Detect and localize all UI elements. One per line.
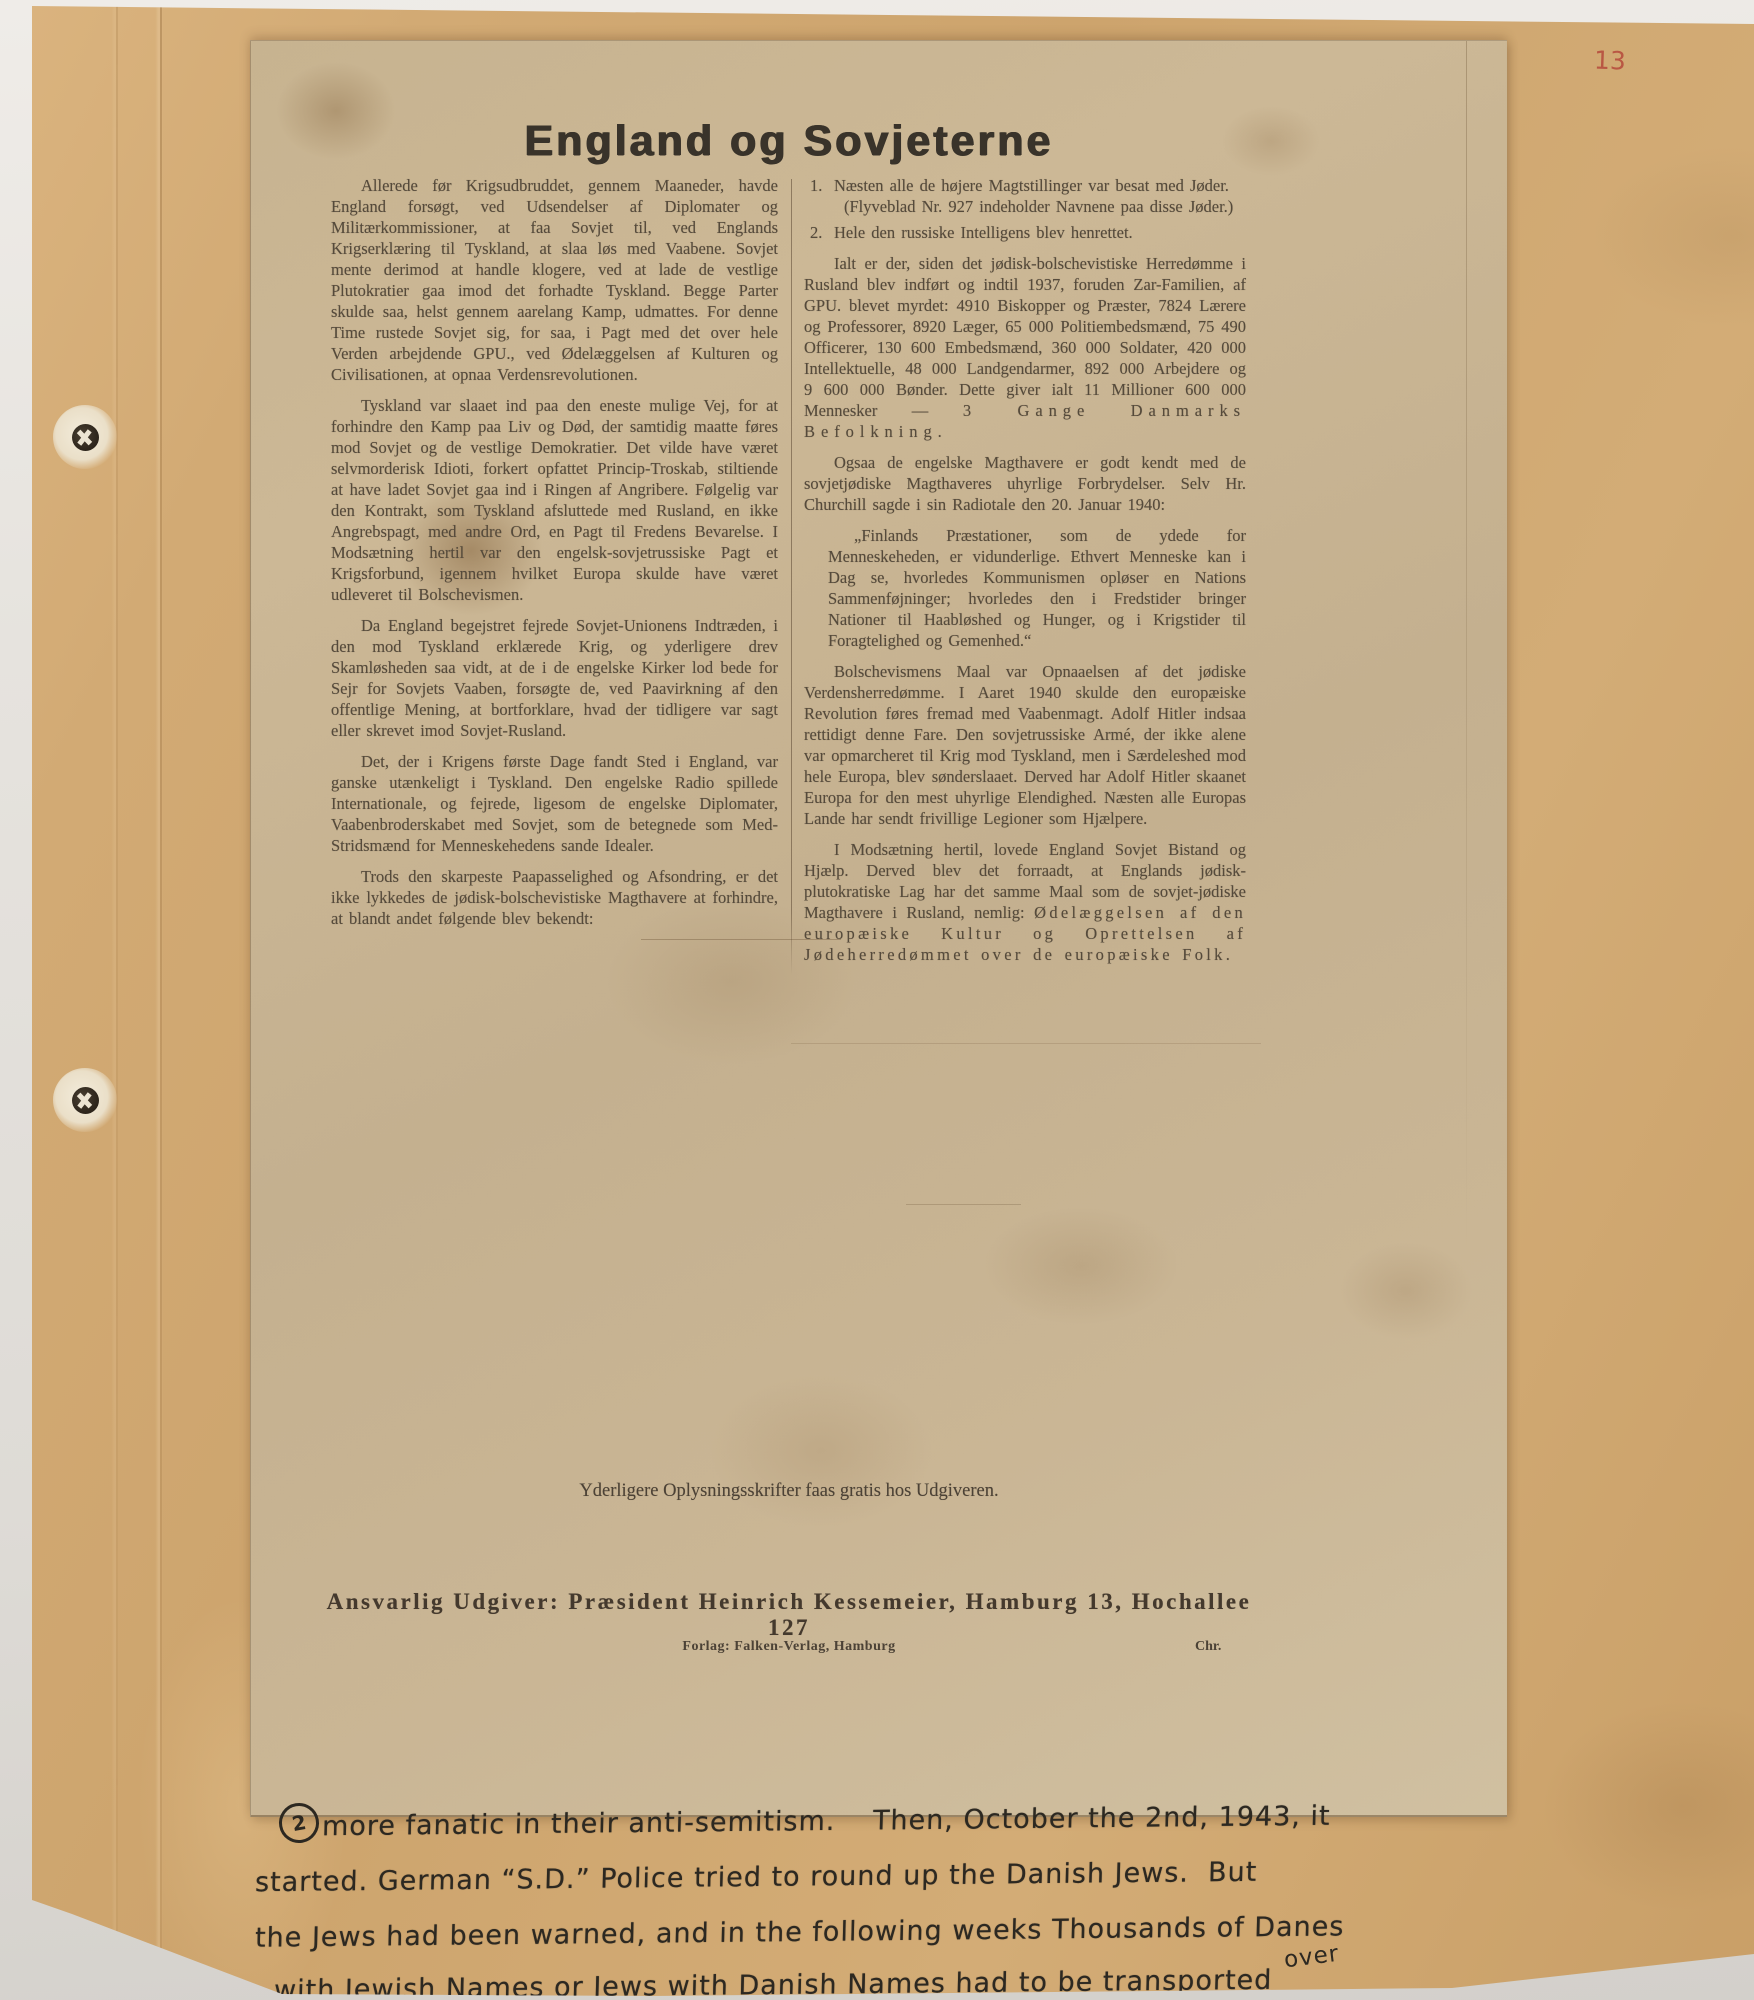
handwritten-line: with Jewish Names or Jews with Danish Na…: [274, 1965, 1273, 2000]
item-number: 1.: [810, 175, 822, 196]
crease-line: [791, 1043, 1261, 1044]
crease-line: [906, 1204, 1021, 1205]
item-note: (Flyveblad Nr. 927 indeholder Navnene pa…: [844, 196, 1246, 217]
paragraph: I Modsætning hertil, lovede England Sovj…: [804, 839, 1246, 965]
numbered-list: 1. Næsten alle de højere Magtstillinger …: [804, 175, 1246, 243]
item-text: Næsten alle de højere Magtstillinger var…: [834, 176, 1229, 195]
leaflet: England og Sovjeterne Allerede før Krigs…: [250, 40, 1507, 1817]
initials: Chr.: [1195, 1639, 1221, 1655]
punch-hole-bottom: [53, 1068, 117, 1132]
paragraph: Ialt er der, siden det jødisk-bolschevis…: [804, 253, 1246, 442]
handwritten-line: the Jews had been warned, and in the fol…: [255, 1911, 1345, 1953]
paragraph: Ogsaa de engelske Magthavere er godt ken…: [804, 452, 1246, 515]
paragraph: Det, der i Krigens første Dage fandt Ste…: [331, 751, 778, 856]
item-text: Hele den russiske Intelligens blev henre…: [834, 223, 1133, 242]
paragraph: Tyskland var slaaet ind paa den eneste m…: [331, 395, 778, 605]
churchill-quote: „Finlands Præstationer, som de ydede for…: [804, 525, 1246, 651]
album-page: 13 England og Sovjeterne Allerede før Kr…: [32, 6, 1754, 2000]
list-item: 1. Næsten alle de højere Magtstillinger …: [804, 175, 1246, 217]
punch-hole-top: [53, 405, 117, 469]
left-column: Allerede før Krigsudbruddet, gennem Maan…: [331, 175, 778, 975]
fold-line: [160, 6, 162, 2000]
paragraph: Bolschevismens Maal var Opnaaelsen af de…: [804, 661, 1246, 829]
item-number: 2.: [810, 222, 822, 243]
marker-digit: 2: [290, 1810, 308, 1836]
page-number: 13: [1594, 45, 1627, 75]
paragraph: Allerede før Krigsudbruddet, gennem Maan…: [331, 175, 778, 385]
paragraph: Da England begejstret fejrede Sovjet-Uni…: [331, 615, 778, 741]
text-columns: Allerede før Krigsudbruddet, gennem Maan…: [331, 175, 1247, 975]
column-divider: [791, 179, 792, 975]
paragraph: Trods den skarpeste Paapasselighed og Af…: [331, 866, 778, 929]
handwritten-line: started. German “S.D.” Police tried to r…: [255, 1857, 1258, 1899]
gratis-line: Yderligere Oplysningsskrifter faas grati…: [331, 1481, 1247, 1502]
crease-line: [1466, 41, 1467, 1261]
scanned-album-photo: { "page": { "page_number": "13" }, "colo…: [0, 0, 1754, 2000]
list-item: 2. Hele den russiske Intelligens blev he…: [804, 222, 1246, 243]
paragraph-text: Ialt er der, siden det jødisk-bolschevis…: [804, 254, 1246, 420]
right-column: 1. Næsten alle de højere Magtstillinger …: [804, 175, 1246, 975]
leaflet-title: England og Sovjeterne: [331, 117, 1247, 166]
handwritten-over-note: over: [1283, 1941, 1341, 1974]
publisher-line: Ansvarlig Udgiver: Præsident Heinrich Ke…: [311, 1589, 1267, 1641]
fold-line: [116, 6, 118, 2000]
imprint-line: Forlag: Falken-Verlag, Hamburg: [331, 1639, 1247, 1655]
